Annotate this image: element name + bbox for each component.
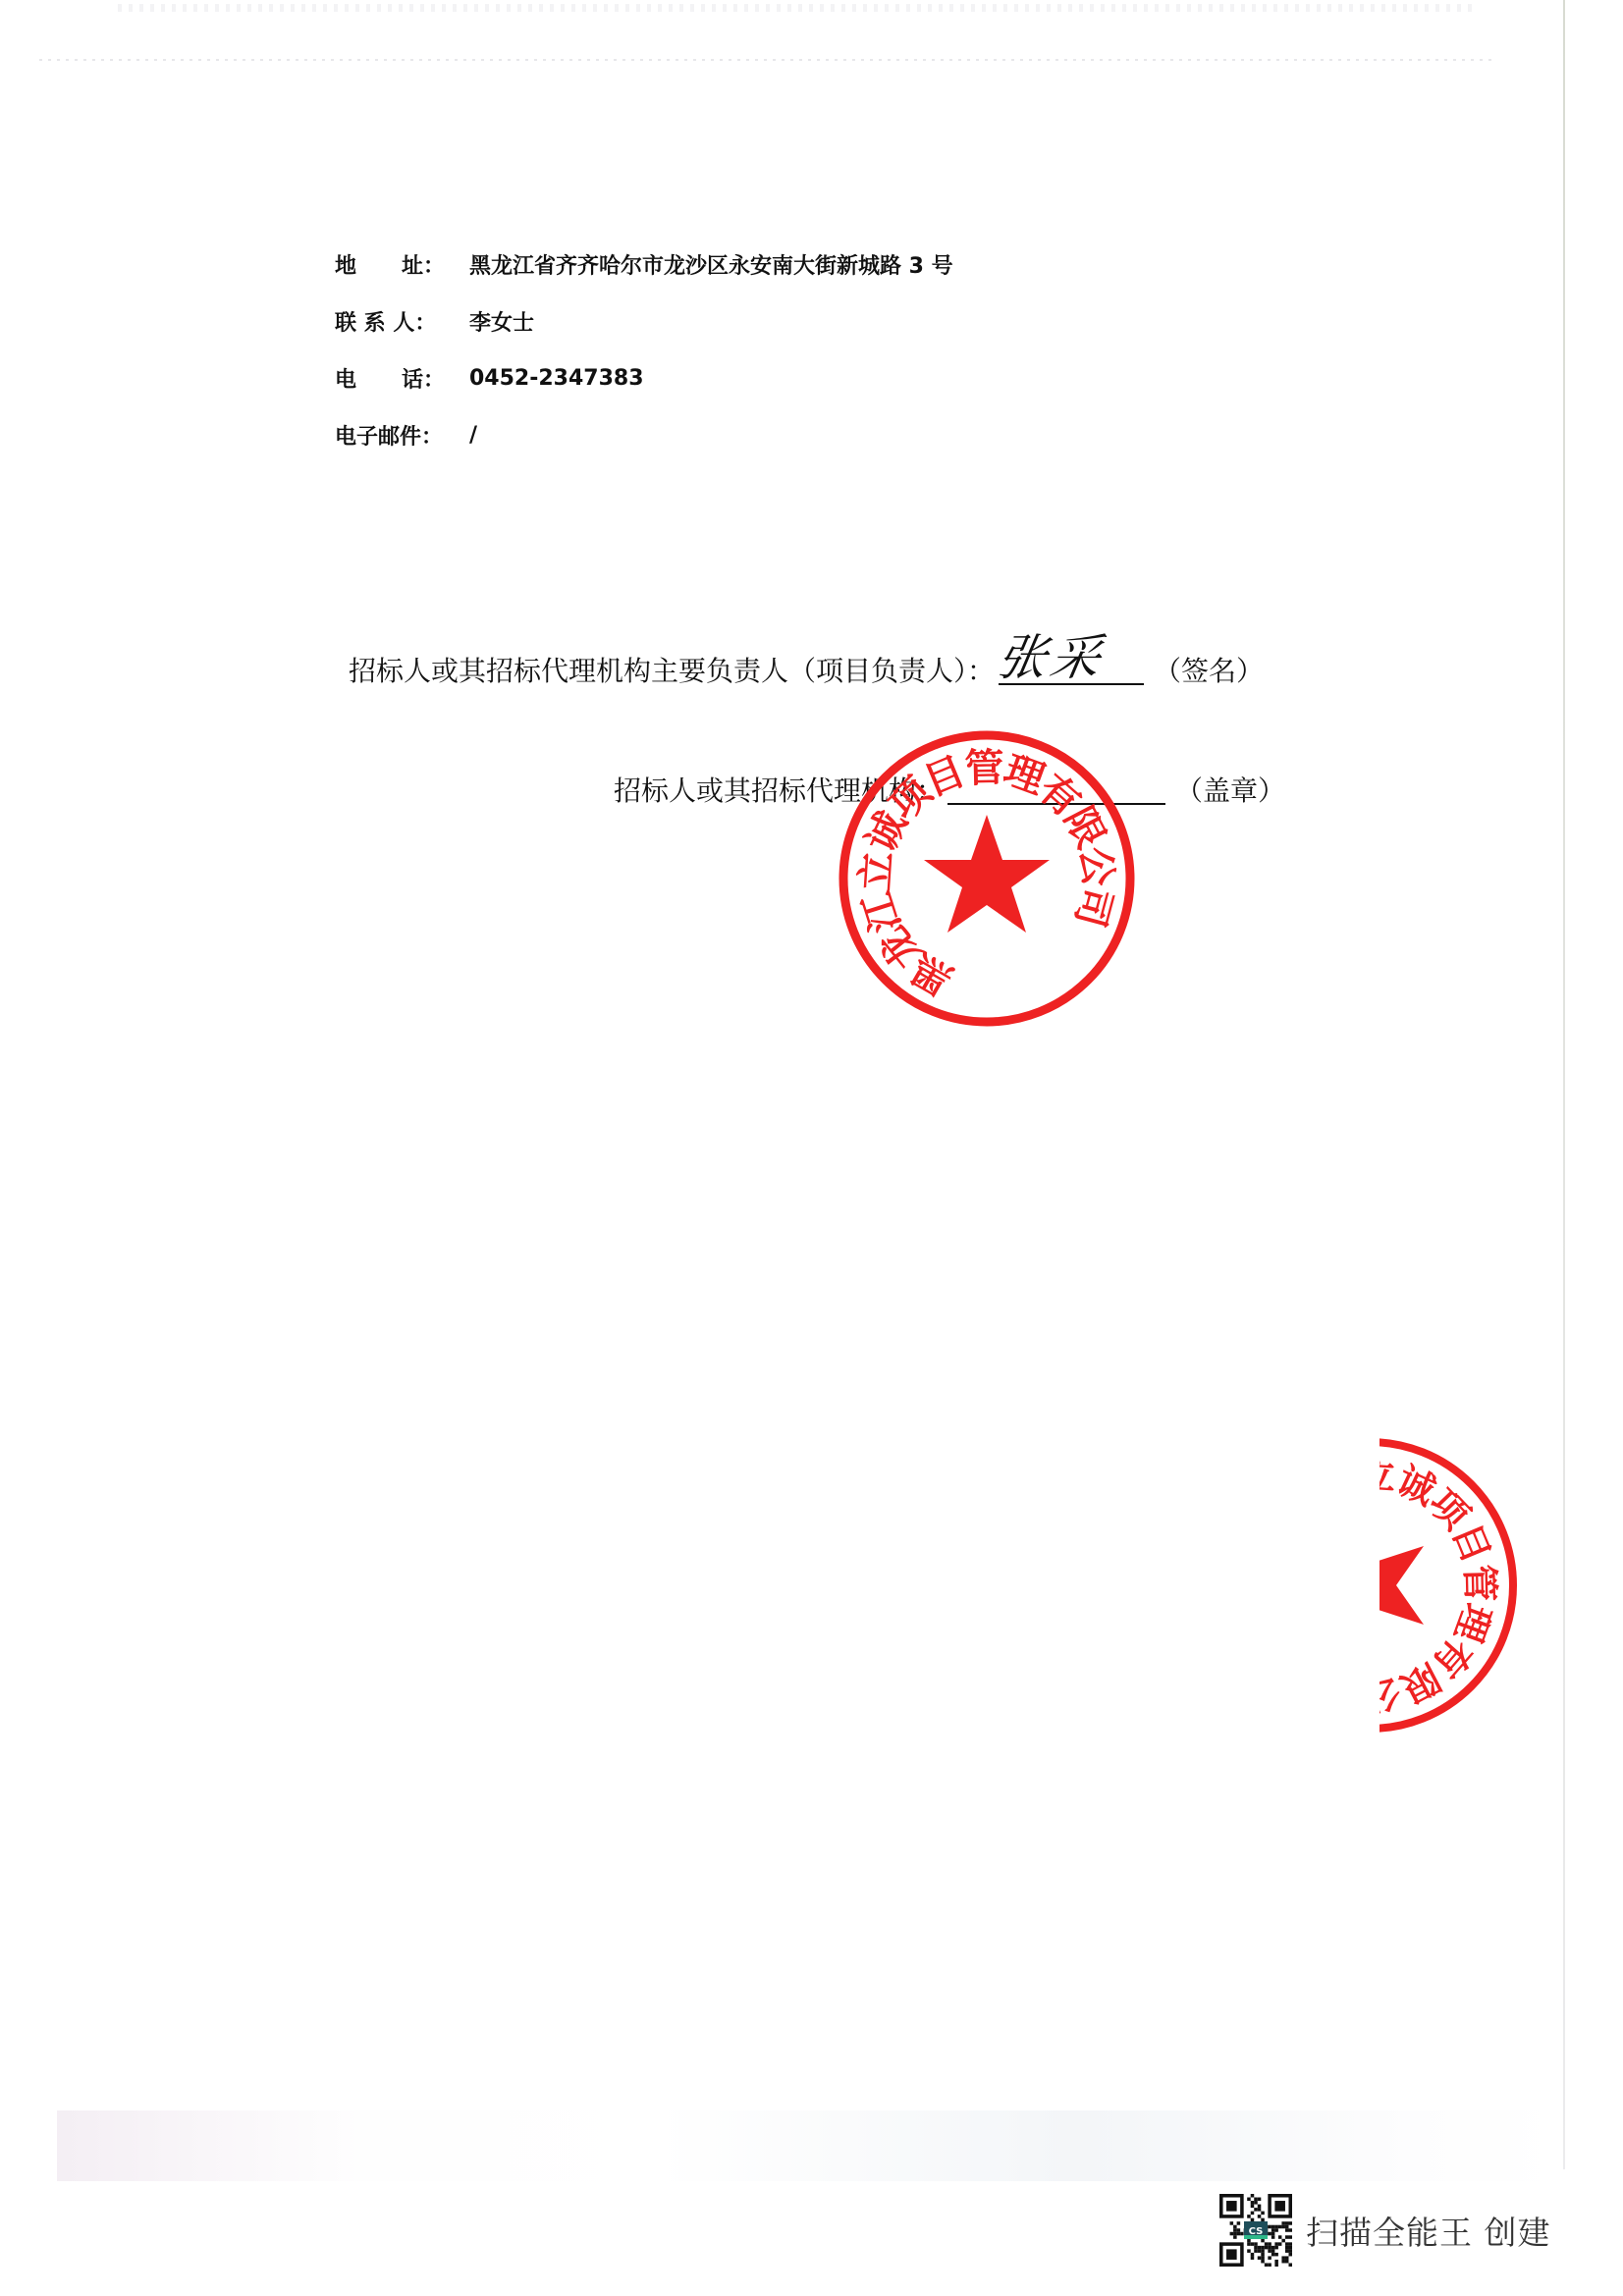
- responsible-person-signature-row: 招标人或其招标代理机构主要负责人（项目负责人）： 张采 （签名）: [349, 646, 1264, 689]
- scan-artifact-top: [118, 4, 1473, 12]
- scan-edge-line: [1563, 0, 1565, 2169]
- email-value: /: [469, 423, 477, 448]
- responsible-person-label: 招标人或其招标代理机构主要负责人（项目负责人）：: [349, 650, 995, 689]
- email-label: 电子邮件：: [335, 420, 469, 451]
- qr-code-icon: CS: [1219, 2194, 1292, 2267]
- svg-text:管: 管: [964, 746, 1004, 792]
- contact-person-label: 联 系 人：: [335, 306, 469, 337]
- handwritten-signature: 张采: [993, 618, 1111, 689]
- scan-artifact-bottom: [57, 2110, 1559, 2181]
- contact-email-row: 电子邮件： /: [335, 420, 477, 450]
- contact-person-row: 联 系 人： 李女士: [335, 306, 534, 336]
- sign-suffix: （签名）: [1154, 650, 1264, 689]
- contact-person-value: 李女士: [469, 306, 534, 337]
- seal-star-icon: [924, 815, 1050, 933]
- signature-line: 张采: [999, 644, 1144, 685]
- contact-address-row: 地 址： 黑龙江省齐齐哈尔市龙沙区永安南大街新城路 3 号: [335, 249, 953, 279]
- svg-text:CS: CS: [1249, 2226, 1264, 2237]
- watermark-text: 扫描全能王 创建: [1306, 2208, 1551, 2254]
- svg-text:管: 管: [1458, 1564, 1502, 1602]
- partial-seal: 黑龙江立诚项目管理有限公司: [1380, 1433, 1522, 1737]
- svg-text:司: 司: [1066, 882, 1120, 933]
- address-value: 黑龙江省齐齐哈尔市龙沙区永安南大街新城路 3 号: [469, 249, 953, 280]
- company-seal: 黑龙江立诚项目管理有限公司: [835, 726, 1139, 1031]
- svg-text:公: 公: [1380, 1671, 1402, 1718]
- scanner-watermark: CS 扫描全能王 创建: [1219, 2201, 1551, 2260]
- seal-suffix: （盖章）: [1175, 770, 1285, 809]
- partial-seal-star-icon: [1380, 1522, 1424, 1648]
- phone-label: 电 话：: [335, 363, 469, 394]
- contact-phone-row: 电 话： 0452-2347383: [335, 363, 644, 393]
- phone-value: 0452-2347383: [469, 366, 644, 391]
- scan-artifact-line: [39, 59, 1492, 61]
- address-label: 地 址：: [335, 249, 469, 280]
- scanned-page: 地 址： 黑龙江省齐齐哈尔市龙沙区永安南大街新城路 3 号 联 系 人： 李女士…: [0, 0, 1623, 2296]
